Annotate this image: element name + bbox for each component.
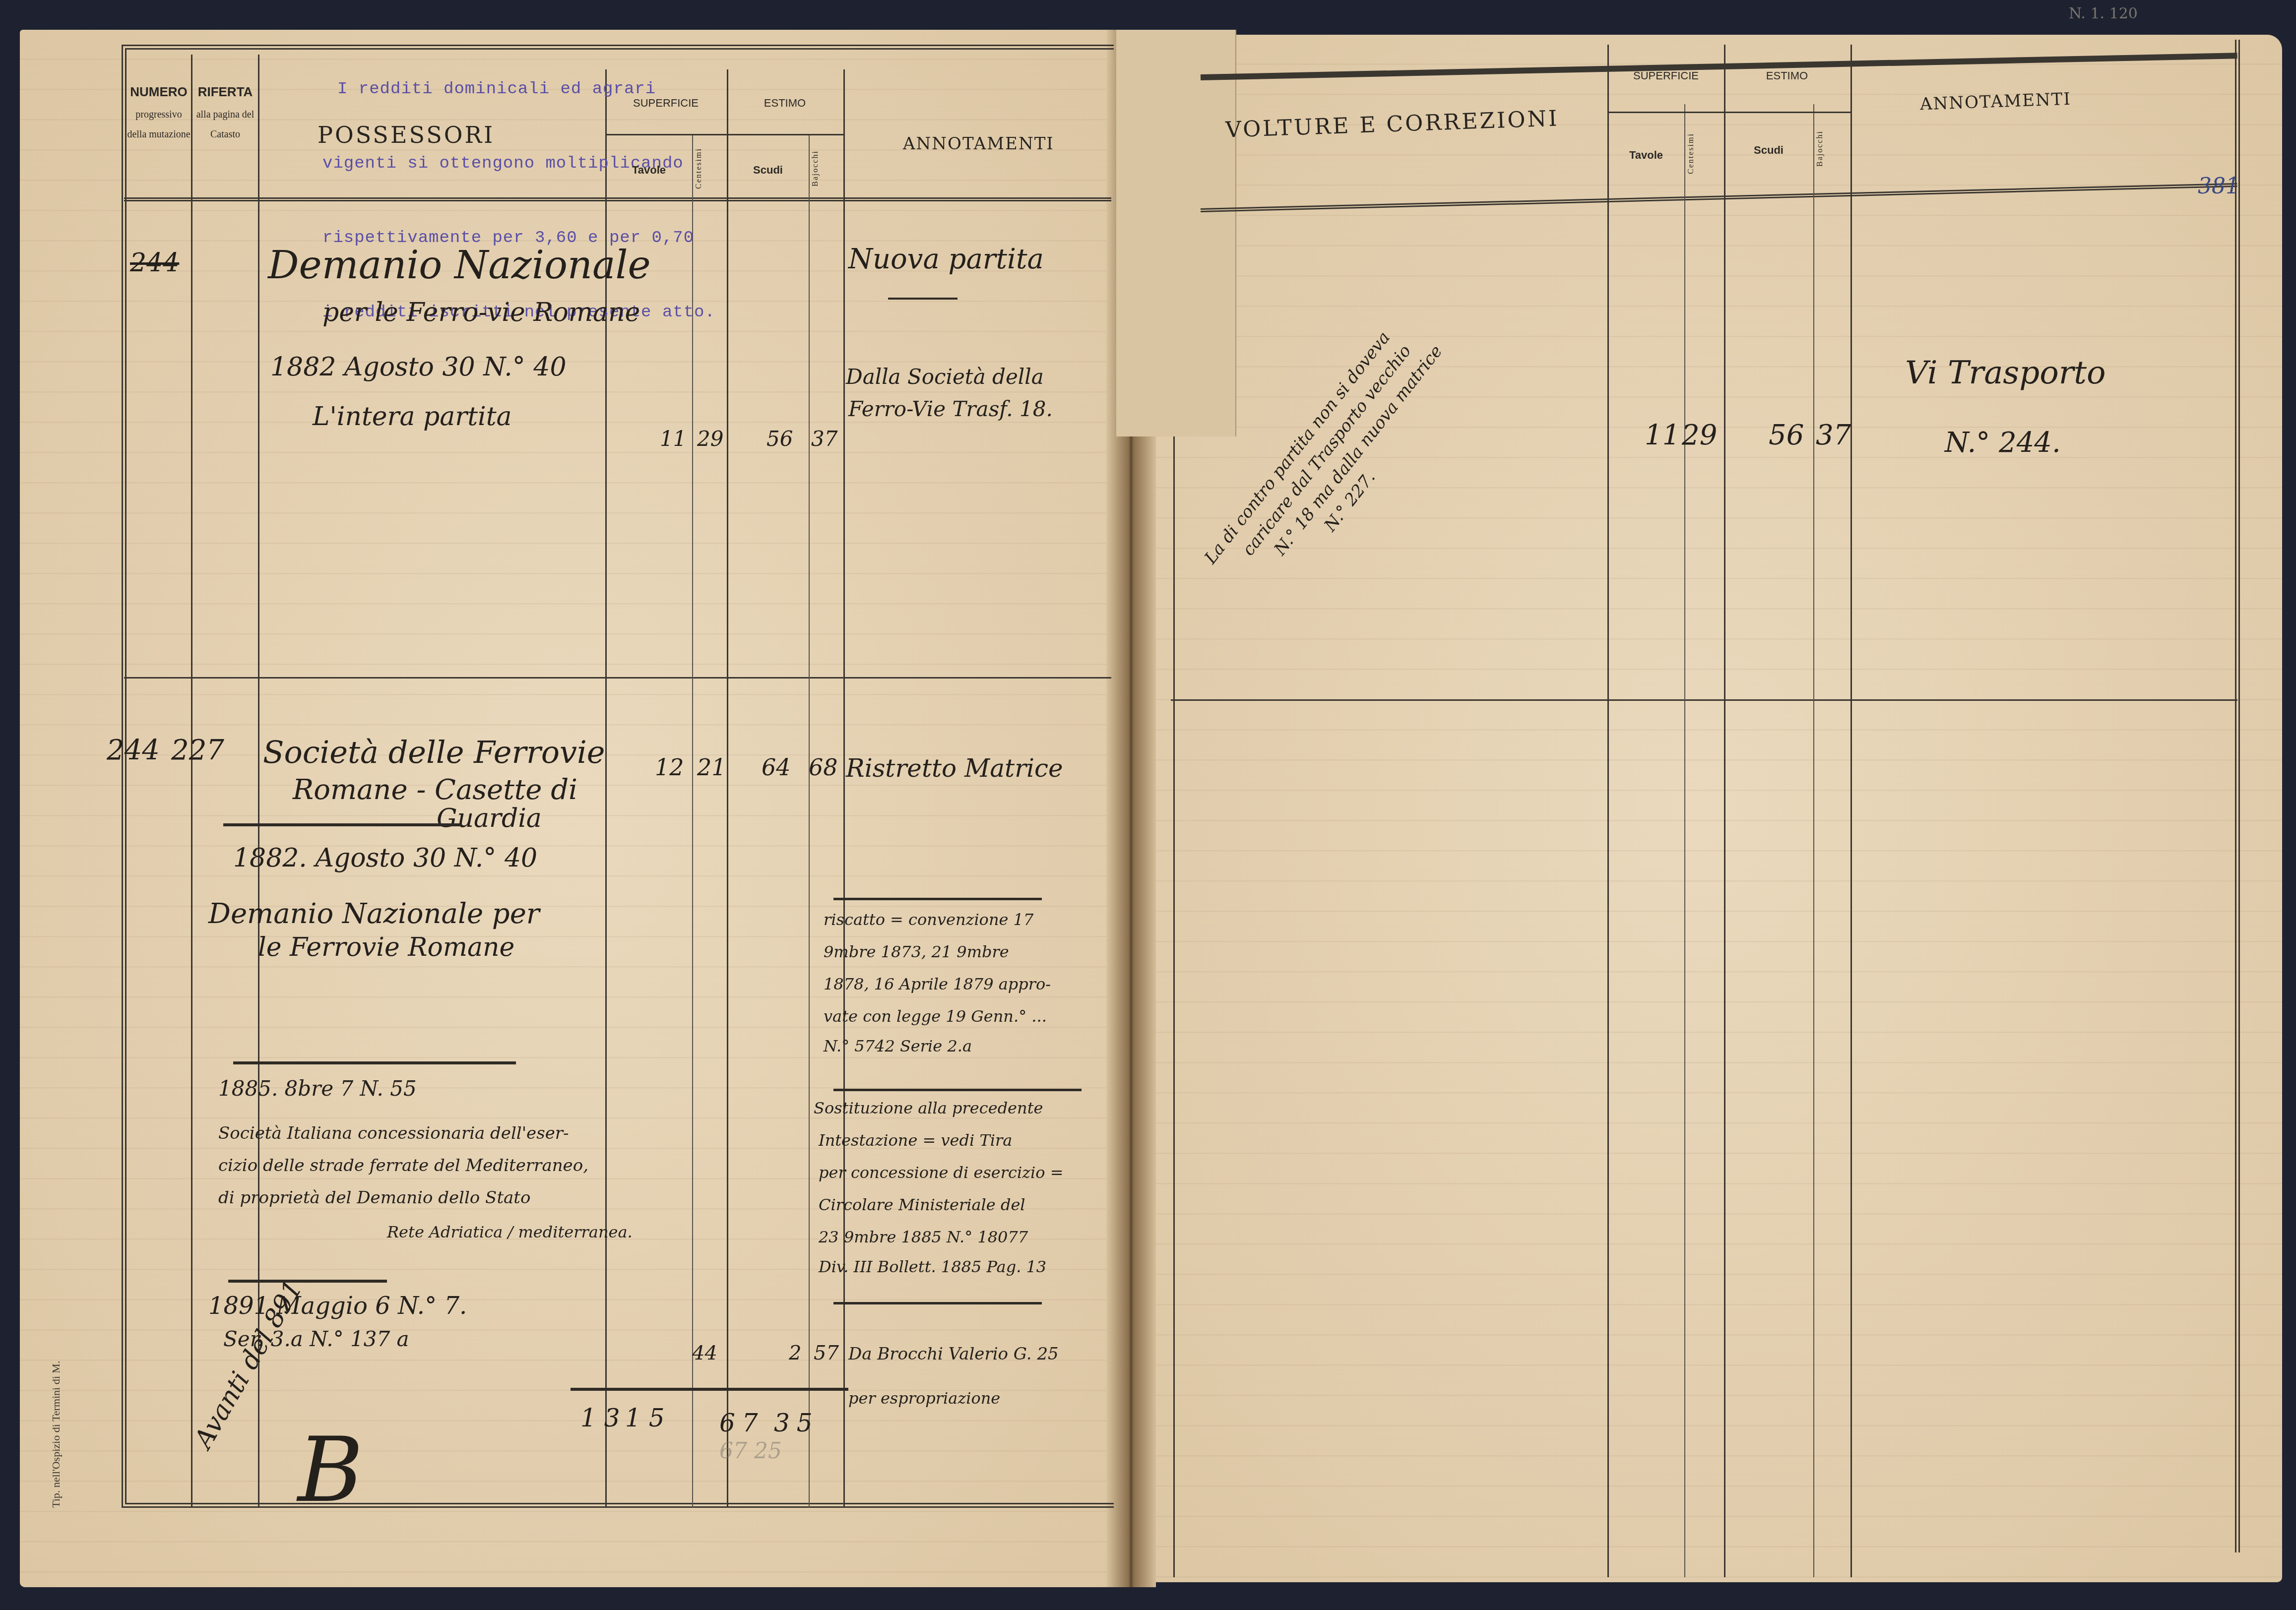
col-line [727, 69, 728, 1508]
left-row-separator [124, 677, 1111, 679]
right-entry-centesimi: 29 [1682, 419, 1717, 451]
printer-imprint: Tip. nell'Ospizio di Termini di M. [50, 1319, 63, 1508]
entry2-possessor-rule3 [228, 1280, 387, 1283]
right-header-superficie: SUPERFICIE [1608, 69, 1723, 82]
header-riferta: RIFERTA alla pagina del Catasto [192, 84, 258, 144]
right-header-estimo: ESTIMO [1725, 69, 1849, 82]
entry2-annot-rule2 [833, 1089, 1082, 1091]
entry2-possessor-line2: Romane - Casette di [293, 774, 577, 806]
right-frame-line [2235, 40, 2240, 1552]
entry1-tavole: 11 [660, 427, 686, 451]
header-annotamenti: ANNOTAMENTI [903, 134, 1054, 154]
header-numero: NUMERO progressivo della mutazione [127, 84, 191, 144]
totals-rule [571, 1388, 848, 1391]
entry1-annot-line3: Ferro-Vie Trasf. 18. [848, 397, 1053, 421]
total-bajocchi: 35 [774, 1409, 820, 1437]
entry2-possessor-line8: Società Italiana concessionaria dell'ese… [218, 1123, 569, 1143]
entry1-annot-line2: Dalla Società della [846, 365, 1044, 389]
entry2-possessor-line7: 1885. 8bre 7 N. 55 [218, 1076, 417, 1101]
entry2-annot-line4: 1878, 16 Aprile 1879 appro- [824, 975, 1051, 993]
entry1-centesimi: 29 [697, 427, 723, 451]
entry2-annot-line12: Div. III Bollett. 1885 Pag. 13 [819, 1257, 1046, 1276]
entry1-annot-line1: Nuova partita [848, 243, 1044, 275]
subentry-centesimi: 44 [692, 1342, 717, 1364]
col-line [258, 55, 259, 1508]
subentry-annot-line1: Da Brocchi Valerio G. 25 [848, 1344, 1059, 1364]
col-line [191, 55, 192, 1508]
entry2-possessor-line4: 1882. Agosto 30 N.° 40 [233, 843, 537, 873]
entry2-annot-line2: riscatto = convenzione 17 [824, 910, 1033, 929]
total-tavole: 13 [580, 1404, 628, 1432]
right-header-tavole: Tavole [1608, 149, 1684, 162]
entry2-possessor-line11: Rete Adriatica / mediterranea. [387, 1223, 633, 1241]
header-superficie: SUPERFICIE [606, 97, 725, 110]
col-line [1684, 104, 1685, 1577]
subentry-scudi: 2 [789, 1342, 801, 1364]
entry2-riferta: 227 [171, 734, 224, 766]
header-possessori: POSSESSORI [318, 122, 495, 148]
entry2-annot-rule1 [833, 898, 1042, 900]
entry2-possessor-line5: Demanio Nazionale per [208, 898, 540, 930]
entry2-possessor-line12: 1891 Maggio 6 N.° 7. [208, 1292, 467, 1320]
right-header-centesimi: Centesimi [1687, 126, 1722, 181]
entry2-possessor-line3: Guardia [437, 804, 542, 833]
col-line [1173, 436, 1175, 1577]
entry2-tavole: 12 [655, 754, 684, 781]
pencil-total-note: 67 25 [719, 1438, 782, 1464]
pasted-paper-flap [1116, 30, 1236, 436]
entry2-scudi: 64 [762, 754, 791, 781]
entry1-possessor-line4: L'intera partita [313, 402, 512, 432]
subentry-bajocchi: 57 [814, 1342, 839, 1364]
subentry-annot-line2: per espropriazione [848, 1389, 1000, 1408]
entry2-possessor-line1: Società delle Ferrovie [263, 734, 605, 770]
right-ledger-page [1126, 35, 2282, 1582]
header-estimo: ESTIMO [728, 97, 842, 110]
right-header-bajocchi: Bajocchi [1816, 122, 1850, 176]
header-scudi: Scudi [728, 164, 808, 177]
entry2-annot-line6: N.° 5742 Serie 2.a [824, 1037, 972, 1055]
entry1-possessor-line3: 1882 Agosto 30 N.° 40 [270, 352, 567, 382]
entry2-possessor-rule1 [223, 823, 461, 826]
col-line [1607, 45, 1609, 1577]
right-entry-annot-line2: N.° 244. [1945, 427, 2061, 459]
right-header-scudi: Scudi [1725, 144, 1812, 157]
right-row-separator [1171, 699, 2237, 701]
entry2-bajocchi: 68 [809, 754, 838, 781]
entry1-possessor-line2: per le Ferro-vie Romane [322, 298, 640, 327]
signature-mark: B [298, 1419, 363, 1522]
right-entry-tavole: 11 [1645, 419, 1680, 451]
entry2-annot-line1: Ristretto Matrice [846, 754, 1063, 783]
entry1-bajocchi: 37 [811, 427, 837, 451]
entry2-centesimi: 21 [697, 754, 726, 781]
entry1-numero: 244 [130, 248, 179, 278]
col-line [1850, 45, 1852, 1577]
right-entry-annot-line1: Vi Trasporto [1905, 355, 2106, 391]
col-line [809, 134, 810, 1508]
total-scudi: 67 [719, 1409, 765, 1437]
right-superficie-subheader-rule [1608, 112, 1850, 113]
right-entry-bajocchi: 37 [1816, 419, 1851, 451]
entry1-annot-underline [888, 298, 957, 300]
entry2-numero: 244 [107, 734, 160, 766]
total-centesimi: 15 [625, 1404, 673, 1432]
page-number: 381 [2198, 174, 2239, 199]
entry2-possessor-line10: di proprietà del Demanio dello Stato [218, 1188, 530, 1208]
col-line [1813, 104, 1814, 1577]
entry2-annot-rule3 [833, 1302, 1042, 1304]
entry2-possessor-rule2 [233, 1061, 516, 1064]
col-line [1724, 45, 1725, 1577]
entry1-scudi: 56 [766, 427, 793, 451]
entry2-annot-line8: Intestazione = vedi Tira [819, 1131, 1012, 1150]
col-line [843, 69, 845, 1508]
entry2-possessor-line6: le Ferrovie Romane [258, 932, 514, 962]
entry2-possessor-line9: cizio delle strade ferrate del Mediterra… [218, 1156, 588, 1176]
header-centesimi: Centesimi [695, 144, 724, 193]
header-bajocchi: Bajocchi [811, 144, 841, 193]
entry2-annot-line10: Circolare Ministeriale del [819, 1195, 1025, 1214]
entry2-annot-line3: 9mbre 1873, 21 9mbre [824, 942, 1009, 961]
entry2-annot-line5: vate con legge 19 Genn.° ... [824, 1007, 1047, 1026]
entry1-possessor-line1: Demanio Nazionale [268, 243, 651, 288]
entry2-annot-line11: 23 9mbre 1885 N.° 18077 [819, 1228, 1028, 1246]
corner-mark: N. 1. 120 [2069, 5, 2138, 22]
header-tavole: Tavole [606, 164, 692, 177]
entry2-annot-line7: Sostituzione alla precedente [814, 1099, 1043, 1117]
entry2-annot-line9: per concessione di esercizio = [819, 1163, 1064, 1182]
right-entry-scudi: 56 [1769, 419, 1804, 451]
